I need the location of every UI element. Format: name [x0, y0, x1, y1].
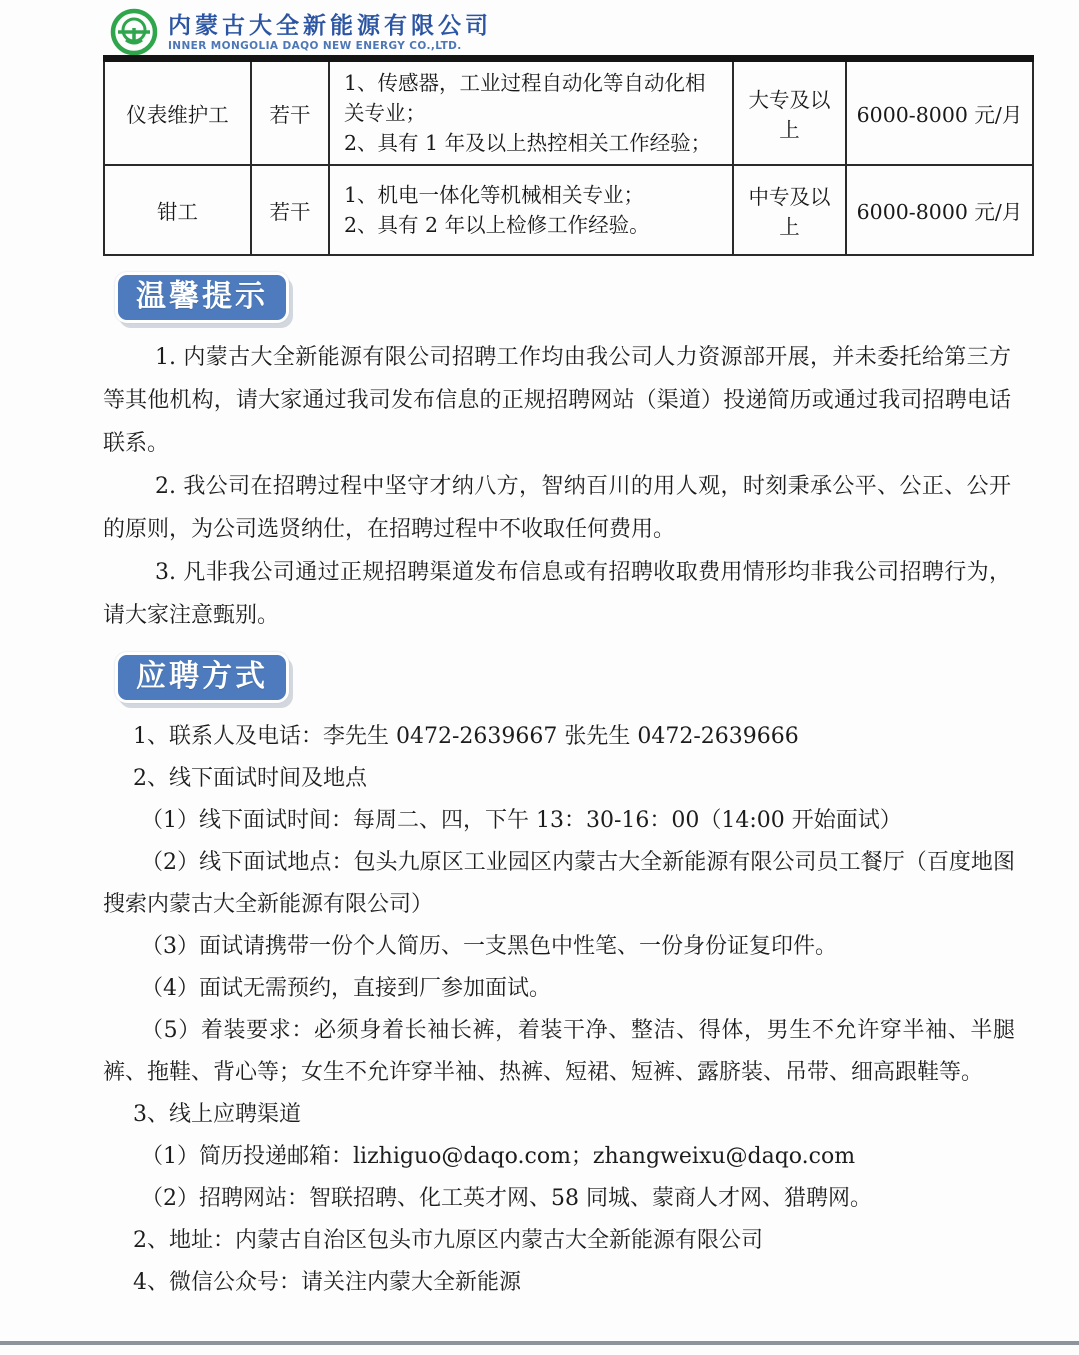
- position-cell: 钳工: [104, 165, 251, 255]
- company-header: 内蒙古大全新能源有限公司 INNER MONGOLIA DAQO NEW ENE…: [110, 8, 492, 56]
- position-cell: 仪表维护工: [104, 59, 251, 166]
- requirements-cell: 1、机电一体化等机械相关专业； 2、具有 2 年以上检修工作经验。: [329, 165, 733, 255]
- salary-cell: 6000-8000 元/月: [846, 59, 1033, 166]
- apply-line-dress-code: （5）着装要求：必须身着长袖长裤，着装干净、整洁、得体，男生不允许穿半袖、半腿裤…: [103, 1010, 1015, 1094]
- apply-line-bring-items: （3）面试请携带一份个人简历、一支黑色中性笔、一份身份证复印件。: [103, 926, 1015, 968]
- tips-paragraph: 3. 凡非我公司通过正规招聘渠道发布信息或有招聘收取费用情形均非我公司招聘行为，…: [103, 551, 1011, 637]
- apply-line-interview-place: （2）线下面试地点：包头九原区工业园区内蒙古大全新能源有限公司员工餐厅（百度地图…: [103, 842, 1015, 926]
- company-title-block: 内蒙古大全新能源有限公司 INNER MONGOLIA DAQO NEW ENE…: [168, 8, 492, 53]
- apply-line-wechat: 4、微信公众号：请关注内蒙大全新能源: [103, 1262, 1015, 1304]
- requirements-cell: 1、传感器，工业过程自动化等自动化相关专业； 2、具有 1 年及以上热控相关工作…: [329, 59, 733, 166]
- education-cell: 中专及以上: [733, 165, 846, 255]
- tips-paragraph: 2. 我公司在招聘过程中坚守才纳八方，智纳百川的用人观，时刻秉承公平、公正、公开…: [103, 465, 1011, 551]
- tips-section-banner: 温馨提示: [115, 272, 289, 323]
- page-bottom-divider: [0, 1341, 1079, 1345]
- apply-line-resume-email: （1）简历投递邮箱：lizhiguo@daqo.com；zhangweixu@d…: [103, 1136, 1015, 1178]
- apply-line-no-reservation: （4）面试无需预约，直接到厂参加面试。: [103, 968, 1015, 1010]
- apply-line-job-sites: （2）招聘网站：智联招聘、化工英才网、58 同城、蒙商人才网、猎聘网。: [103, 1178, 1015, 1220]
- tips-paragraph: 1. 内蒙古大全新能源有限公司招聘工作均由我公司人力资源部开展，并未委托给第三方…: [103, 336, 1011, 465]
- company-name-en: INNER MONGOLIA DAQO NEW ENERGY CO.,LTD.: [168, 39, 492, 53]
- headcount-cell: 若干: [251, 59, 329, 166]
- apply-line-contacts: 1、联系人及电话：李先生 0472-2639667 张先生 0472-26396…: [103, 716, 1015, 758]
- apply-line-online-heading: 3、线上应聘渠道: [103, 1094, 1015, 1136]
- apply-line-interview-time: （1）线下面试时间：每周二、四，下午 13：30-16：00（14:00 开始面…: [103, 800, 1015, 842]
- table-row: 仪表维护工 若干 1、传感器，工业过程自动化等自动化相关专业； 2、具有 1 年…: [104, 59, 1033, 166]
- salary-cell: 6000-8000 元/月: [846, 165, 1033, 255]
- apply-line-address: 2、地址：内蒙古自治区包头市九原区内蒙古大全新能源有限公司: [103, 1220, 1015, 1262]
- document-page: 内蒙古大全新能源有限公司 INNER MONGOLIA DAQO NEW ENE…: [0, 0, 1079, 1355]
- company-logo-icon: [110, 8, 158, 56]
- table-row: 钳工 若干 1、机电一体化等机械相关专业； 2、具有 2 年以上检修工作经验。 …: [104, 165, 1033, 255]
- company-name-cn: 内蒙古大全新能源有限公司: [168, 13, 492, 39]
- tips-paragraphs: 1. 内蒙古大全新能源有限公司招聘工作均由我公司人力资源部开展，并未委托给第三方…: [103, 336, 1011, 637]
- headcount-cell: 若干: [251, 165, 329, 255]
- apply-line-offline-heading: 2、线下面试时间及地点: [103, 758, 1015, 800]
- jobs-table: 仪表维护工 若干 1、传感器，工业过程自动化等自动化相关专业； 2、具有 1 年…: [103, 55, 1034, 256]
- apply-section-banner: 应聘方式: [115, 652, 289, 703]
- apply-lines: 1、联系人及电话：李先生 0472-2639667 张先生 0472-26396…: [103, 716, 1015, 1304]
- education-cell: 大专及以上: [733, 59, 846, 166]
